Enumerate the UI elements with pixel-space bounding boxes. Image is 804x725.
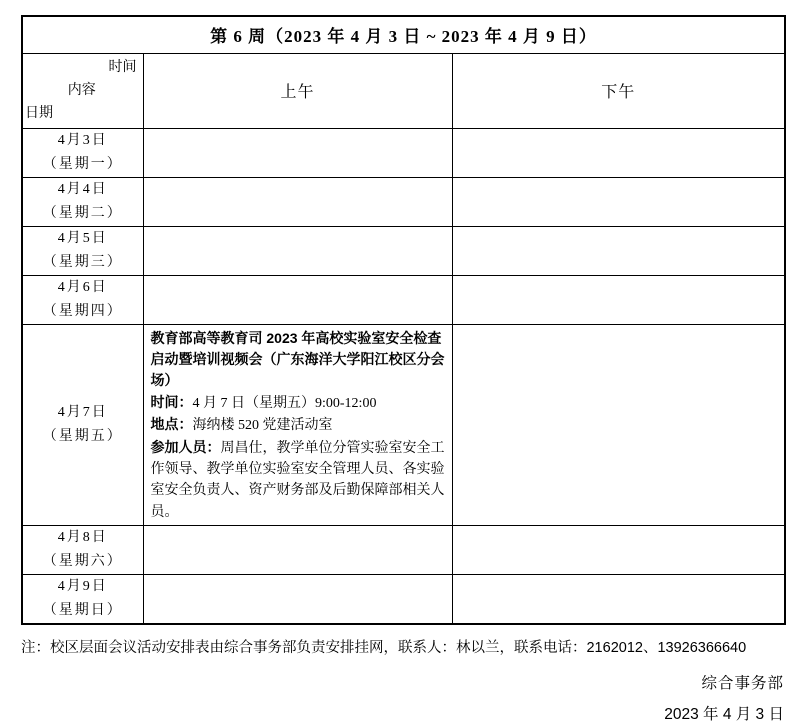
- event-attendees-label: 参加人员：: [151, 439, 221, 455]
- event-time-label: 时间：: [151, 394, 193, 410]
- day-weekday: （星期日）: [23, 599, 143, 623]
- day-cell: 4月4日 （星期二）: [22, 177, 143, 226]
- event-time-value: 4 月 7 日（星期五）9:00-12:00: [193, 396, 377, 411]
- table-row: 4月9日 （星期日）: [22, 575, 785, 625]
- footer-signature: 综合事务部: [21, 671, 784, 693]
- day-date: 4月6日: [23, 276, 143, 300]
- morning-cell: [143, 177, 452, 226]
- day-date: 4月3日: [23, 129, 143, 153]
- day-date: 4月5日: [23, 227, 143, 251]
- morning-column-header: 上午: [143, 53, 452, 128]
- table-row: 4月4日 （星期二）: [22, 177, 785, 226]
- corner-header-content: 内容: [25, 79, 139, 102]
- day-cell: 4月3日 （星期一）: [22, 128, 143, 177]
- day-cell: 4月7日 （星期五）: [22, 324, 143, 526]
- day-weekday: （星期五）: [23, 425, 143, 449]
- event-location-value: 海纳楼 520 党建活动室: [193, 418, 333, 433]
- afternoon-cell: [452, 226, 785, 275]
- morning-cell-event: 教育部高等教育司 2023 年高校实验室安全检查启动暨培训视频会（广东海洋大学阳…: [143, 324, 452, 526]
- event-title: 教育部高等教育司 2023 年高校实验室安全检查启动暨培训视频会（广东海洋大学阳…: [151, 328, 448, 392]
- day-date: 4月7日: [23, 401, 143, 425]
- day-weekday: （星期三）: [23, 251, 143, 275]
- day-cell: 4月6日 （星期四）: [22, 275, 143, 324]
- morning-cell: [143, 275, 452, 324]
- day-weekday: （星期一）: [23, 153, 143, 177]
- event-time-line: 时间：4 月 7 日（星期五）9:00-12:00: [151, 392, 448, 414]
- afternoon-cell: [452, 128, 785, 177]
- event-attendees-line: 参加人员：周昌仕，教学单位分管实验室安全工作领导、教学单位实验室安全管理人员、各…: [151, 437, 448, 524]
- corner-header-time: 时间: [25, 56, 139, 79]
- table-row: 4月5日 （星期三）: [22, 226, 785, 275]
- corner-header-cell: 时间 内容 日期: [22, 53, 143, 128]
- day-cell: 4月9日 （星期日）: [22, 575, 143, 625]
- event-location-line: 地点：海纳楼 520 党建活动室: [151, 414, 448, 436]
- day-cell: 4月5日 （星期三）: [22, 226, 143, 275]
- table-row: 4月7日 （星期五） 教育部高等教育司 2023 年高校实验室安全检查启动暨培训…: [22, 324, 785, 526]
- table-row: 4月3日 （星期一）: [22, 128, 785, 177]
- afternoon-column-header: 下午: [452, 53, 785, 128]
- table-title: 第 6 周（2023 年 4 月 3 日 ~ 2023 年 4 月 9 日）: [22, 16, 785, 53]
- day-weekday: （星期六）: [23, 550, 143, 574]
- morning-cell: [143, 526, 452, 575]
- morning-cell: [143, 128, 452, 177]
- afternoon-cell: [452, 526, 785, 575]
- schedule-document: 第 6 周（2023 年 4 月 3 日 ~ 2023 年 4 月 9 日） 时…: [21, 15, 784, 724]
- table-row: 4月6日 （星期四）: [22, 275, 785, 324]
- morning-cell: [143, 575, 452, 625]
- afternoon-cell: [452, 324, 785, 526]
- day-date: 4月9日: [23, 575, 143, 599]
- day-date: 4月4日: [23, 178, 143, 202]
- corner-header-date: 日期: [25, 102, 139, 125]
- event-location-label: 地点：: [151, 416, 193, 432]
- afternoon-cell: [452, 177, 785, 226]
- day-date: 4月8日: [23, 526, 143, 550]
- afternoon-cell: [452, 275, 785, 324]
- morning-cell: [143, 226, 452, 275]
- footer-note: 注：校区层面会议活动安排表由综合事务部负责安排挂网，联系人：林以兰，联系电话：2…: [21, 636, 784, 657]
- schedule-table: 第 6 周（2023 年 4 月 3 日 ~ 2023 年 4 月 9 日） 时…: [21, 15, 786, 625]
- afternoon-cell: [452, 575, 785, 625]
- table-row: 4月8日 （星期六）: [22, 526, 785, 575]
- footer-date: 2023 年 4 月 3 日: [21, 702, 784, 724]
- day-cell: 4月8日 （星期六）: [22, 526, 143, 575]
- day-weekday: （星期四）: [23, 300, 143, 324]
- day-weekday: （星期二）: [23, 202, 143, 226]
